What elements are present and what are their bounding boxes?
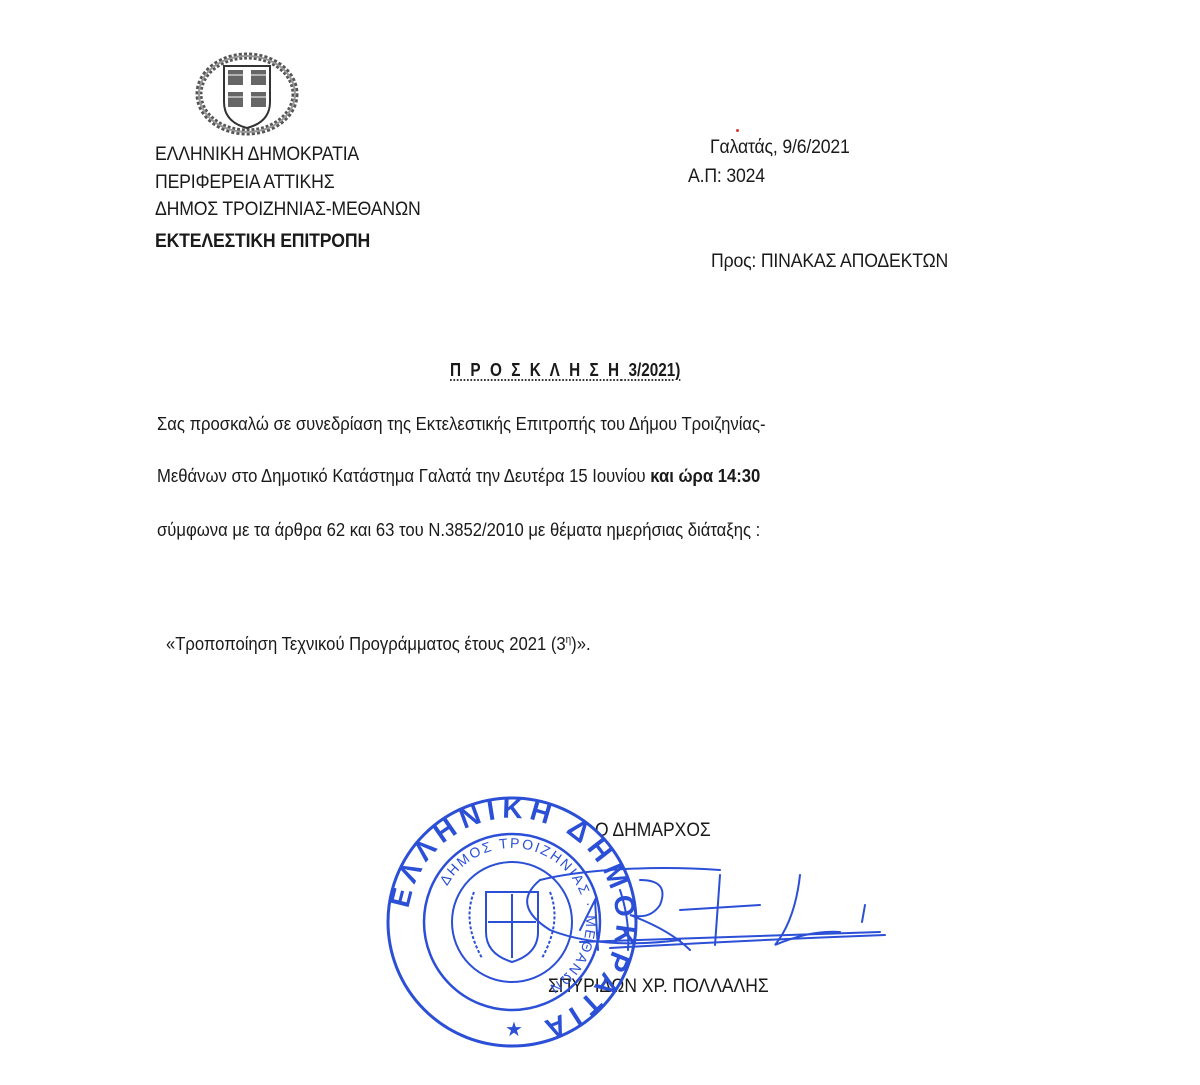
body-line-2: Μεθάνων στο Δημοτικό Κατάστημα Γαλατά τη… [157,465,760,487]
place-date: Γαλατάς, 9/6/2021 [710,136,850,159]
invitation-number: 3/2021) [628,360,680,380]
greek-coat-of-arms-icon [192,50,302,140]
ink-dot [736,129,739,132]
invitation-title-word: Π Ρ Ο Σ Κ Λ Η Σ Η [450,360,622,380]
header-committee: ΕΚΤΕΛΕΣΤΙΚΗ ΕΠΙΤΡΟΠΗ [155,230,370,253]
svg-text:★: ★ [505,1017,523,1041]
recipients-line: Προς: ΠΙΝΑΚΑΣ ΑΠΟΔΕΚΤΩΝ [711,250,948,273]
header-line-region: ΠΕΡΙΦΕΡΕΙΑ ΑΤΤΙΚΗΣ [155,171,334,194]
body-line-1: Σας προσκαλώ σε συνεδρίαση της Εκτελεστι… [157,413,766,435]
meeting-time: και ώρα 14:30 [650,465,760,486]
agenda-item: «Τροποποίηση Τεχνικού Προγράμματος έτους… [166,633,591,655]
body-line-3: σύμφωνα με τα άρθρα 62 και 63 του Ν.3852… [157,519,760,541]
protocol-number: Α.Π: 3024 [688,165,765,188]
meeting-location-date: Μεθάνων στο Δημοτικό Κατάστημα Γαλατά τη… [157,465,650,486]
header-line-republic: ΕΛΛΗΝΙΚΗ ΔΗΜΟΚΡΑΤΙΑ [155,143,359,166]
handwritten-signature [520,860,1020,980]
header-line-municipality: ΔΗΜΟΣ ΤΡΟΙΖΗΝΙΑΣ-ΜΕΘΑΝΩΝ [155,198,421,221]
invitation-title: Π Ρ Ο Σ Κ Λ Η Σ Η 3/2021) [450,360,680,381]
